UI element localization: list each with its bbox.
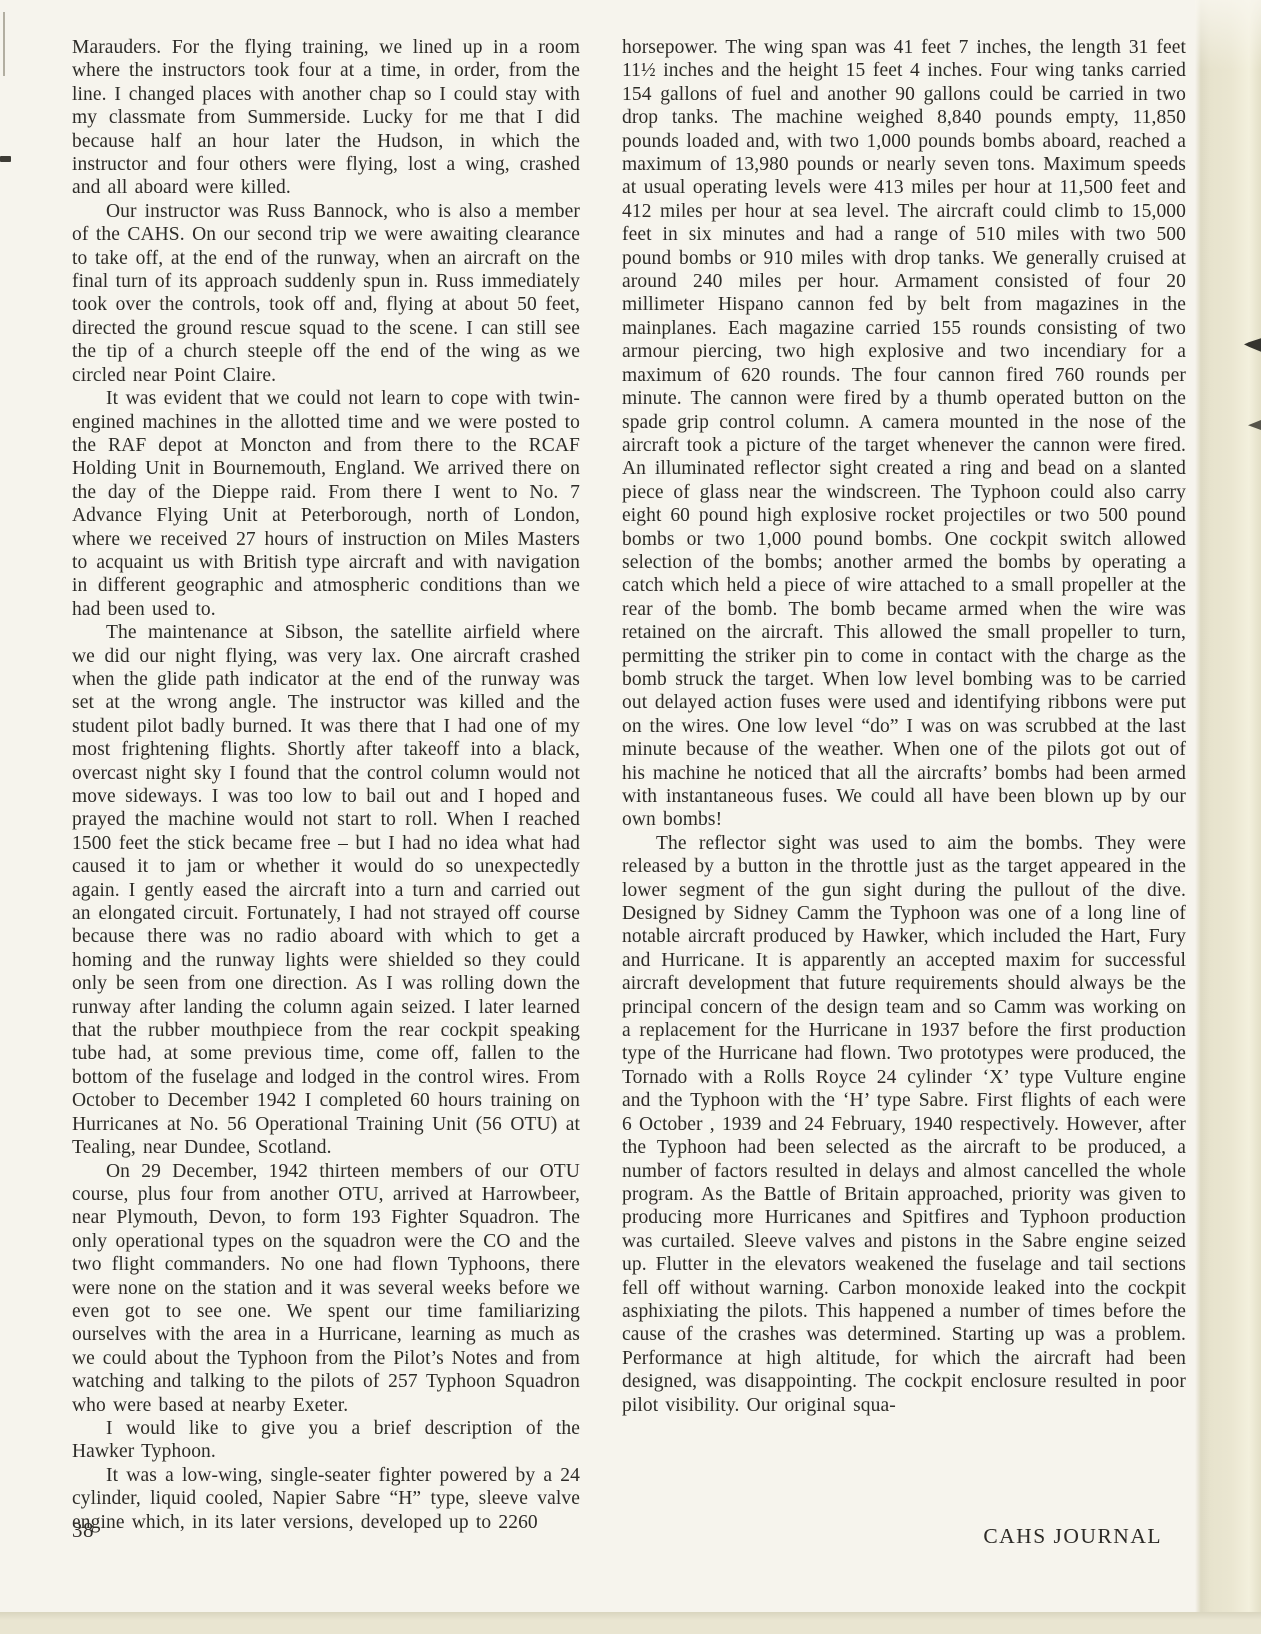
paragraph: It was a low-wing, single-seater fighter… [72, 1464, 580, 1534]
scan-artifact-right-page-edge [1195, 0, 1261, 1634]
journal-title: CAHS JOURNAL [983, 1524, 1162, 1549]
paragraph: The reflector sight was used to aim the … [622, 832, 1186, 1417]
paragraph: I would like to give you a brief descrip… [72, 1417, 580, 1464]
scan-artifact-mark [3, 12, 5, 76]
paragraph: horsepower. The wing span was 41 feet 7 … [622, 36, 1186, 832]
paragraph: Our instructor was Russ Bannock, who is … [72, 200, 580, 387]
scan-artifact-mark [0, 156, 11, 162]
left-column: Marauders. For the flying training, we l… [72, 36, 580, 1534]
paragraph: On 29 December, 1942 thirteen members of… [72, 1160, 580, 1417]
scan-artifact-bottom-page-edge [0, 1612, 1261, 1634]
paragraph: It was evident that we could not learn t… [72, 387, 580, 621]
journal-page: Marauders. For the flying training, we l… [0, 0, 1261, 1634]
page-body: Marauders. For the flying training, we l… [72, 36, 1186, 1534]
right-column: horsepower. The wing span was 41 feet 7 … [622, 36, 1186, 1534]
paragraph: Marauders. For the flying training, we l… [72, 36, 580, 200]
page-number: 38 [72, 1518, 94, 1543]
paragraph: The maintenance at Sibson, the satellite… [72, 621, 580, 1159]
